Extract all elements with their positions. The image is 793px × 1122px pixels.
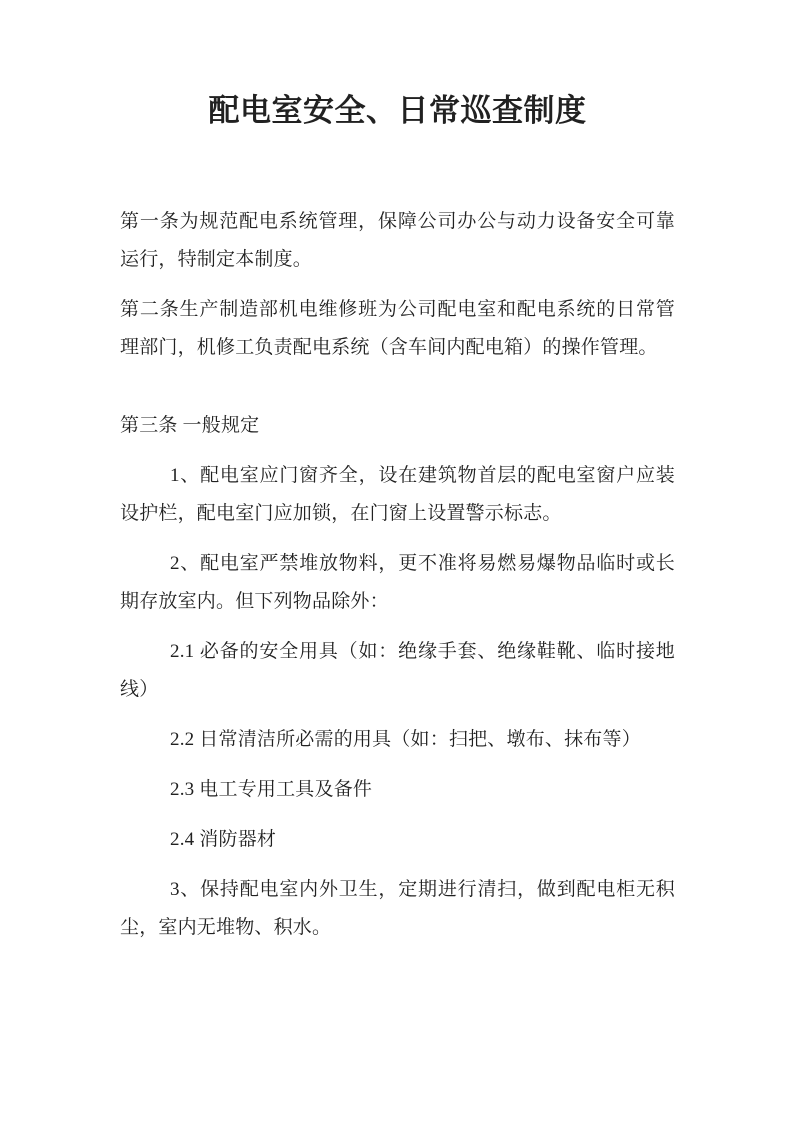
list-item-2-1: 2.1 必备的安全用具（如：绝缘手套、绝缘鞋靴、临时接地线）: [120, 633, 675, 709]
list-item-2-2: 2.2 日常清洁所必需的用具（如：扫把、墩布、抹布等）: [120, 721, 675, 759]
list-item-2: 2、配电室严禁堆放物料，更不准将易燃易爆物品临时或长期存放室内。但下列物品除外：: [120, 545, 675, 621]
paragraph-article-1: 第一条为规范配电系统管理，保障公司办公与动力设备安全可靠运行，特制定本制度。: [120, 203, 675, 279]
list-item-1: 1、配电室应门窗齐全，设在建筑物首层的配电室窗户应装设护栏，配电室门应加锁，在门…: [120, 457, 675, 533]
list-item-2-4: 2.4 消防器材: [120, 821, 675, 859]
document-content: 配电室安全、日常巡查制度 第一条为规范配电系统管理，保障公司办公与动力设备安全可…: [0, 0, 793, 947]
document-title: 配电室安全、日常巡查制度: [120, 92, 675, 130]
paragraph-article-3-heading: 第三条 一般规定: [120, 407, 675, 445]
list-item-2-3: 2.3 电工专用工具及备件: [120, 771, 675, 809]
paragraph-article-2: 第二条生产制造部机电维修班为公司配电室和配电系统的日常管理部门，机修工负责配电系…: [120, 291, 675, 367]
document-page: 配电室安全、日常巡查制度 第一条为规范配电系统管理，保障公司办公与动力设备安全可…: [0, 0, 793, 1122]
list-item-3: 3、保持配电室内外卫生，定期进行清扫，做到配电柜无积尘，室内无堆物、积水。: [120, 871, 675, 947]
